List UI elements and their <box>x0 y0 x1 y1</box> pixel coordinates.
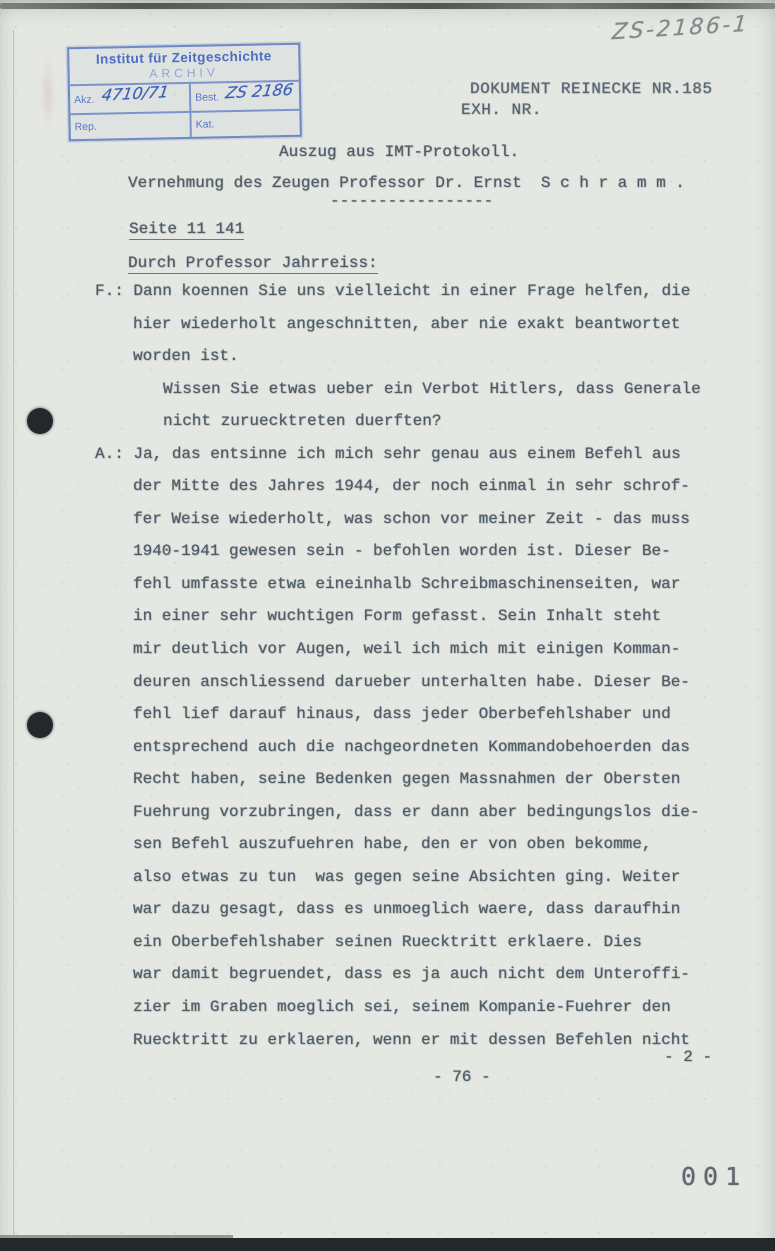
testimony-line: F.: Dann koennen Sie uns vielleicht in e… <box>95 282 701 315</box>
document-title: Auszug aus IMT-Protokoll. <box>279 143 519 161</box>
paper-crease <box>13 30 14 1235</box>
testimony-line: Fuehrung vorzubringen, dass er dann aber… <box>133 803 701 836</box>
stamp-field-best: Best. ZS 2186 <box>189 82 299 111</box>
testimony-line: war dazu gesagt, dass es unmoeglich waer… <box>133 900 701 933</box>
stamp-field-rep: Rep. <box>70 113 190 139</box>
testimony-line: fer Weise wiederholt, was schon vor mein… <box>133 510 701 543</box>
testimony-line: entsprechend auch die nachgeordneten Kom… <box>133 738 701 771</box>
stamp-row-1: Akz. 4710/71 Best. ZS 2186 <box>70 82 300 115</box>
scan-edge-bottom <box>0 1238 775 1251</box>
stamp-field-akz: Akz. 4710/71 <box>70 84 190 113</box>
document-number-line: DOKUMENT REINECKE NR.185 <box>470 80 712 98</box>
scanned-document-page: ZS-2186-1 Institut für Zeitgeschichte AR… <box>0 0 775 1251</box>
testimony-line: fehl lief darauf hinaus, dass jeder Ober… <box>133 705 701 738</box>
testimony-line: Recht haben, seine Bedenken gegen Massna… <box>133 770 701 803</box>
stamp-row-2: Rep. Kat. <box>70 111 299 139</box>
testimony-body: F.: Dann koennen Sie uns vielleicht in e… <box>95 282 701 1063</box>
stamp-field-rep-label: Rep. <box>75 121 97 133</box>
sheet-number-typed: - 2 - <box>664 1048 712 1066</box>
stamp-field-best-value: ZS 2186 <box>225 82 295 103</box>
testimony-line: also etwas zu tun was gegen seine Absich… <box>133 868 701 901</box>
stamp-field-akz-label: Akz. <box>74 94 95 106</box>
stamp-field-kat: Kat. <box>189 111 299 137</box>
testimony-line: zier im Graben moeglich sei, seinem Komp… <box>133 998 701 1031</box>
witness-line: Vernehmung des Zeugen Professor Dr. Erns… <box>128 174 685 192</box>
stamp-field-akz-value: 4710/71 <box>100 84 170 105</box>
testimony-line: nicht zuruecktreten duerften? <box>163 412 701 445</box>
testimony-line: mir deutlich vor Augen, weil ich mich mi… <box>133 640 701 673</box>
folio-stamp: 001 <box>681 1162 747 1191</box>
testimony-line: Wissen Sie etwas ueber ein Verbot Hitler… <box>163 380 701 413</box>
testimony-line: sen Befehl auszufuehren habe, den er von… <box>133 835 701 868</box>
testimony-line: fehl umfasste etwa eineinhalb Schreibmas… <box>133 575 701 608</box>
testimony-line: hier wiederholt angeschnitten, aber nie … <box>133 315 701 348</box>
page-reference-heading: Seite 11 141 <box>129 220 244 240</box>
archive-stamp-header: Institut für Zeitgeschichte ARCHIV <box>69 45 299 86</box>
testimony-line: deuren anschliessend darueber unterhalte… <box>133 673 701 706</box>
testimony-line: A.: Ja, das entsinne ich mich sehr genau… <box>95 445 701 478</box>
exhibit-number-line: EXH. NR. <box>461 101 542 119</box>
punch-hole-top <box>27 408 53 434</box>
testimony-line: worden ist. <box>133 347 701 380</box>
examiner-heading: Durch Professor Jahrreiss: <box>128 254 378 274</box>
testimony-line: war damit begruendet, dass es ja auch ni… <box>133 965 701 998</box>
stamp-field-best-label: Best. <box>195 91 219 103</box>
stamp-field-kat-label: Kat. <box>196 118 215 130</box>
testimony-line: in einer sehr wuchtigen Form gefasst. Se… <box>133 607 701 640</box>
testimony-line: ein Oberbefehlshaber seinen Ruecktritt e… <box>133 933 701 966</box>
scan-edge-top <box>0 3 775 9</box>
archive-stamp: Institut für Zeitgeschichte ARCHIV Akz. … <box>67 43 302 141</box>
page-number-typed: - 76 - <box>433 1068 491 1086</box>
handwritten-reference: ZS-2186-1 <box>611 12 750 46</box>
stamp-archiv-label: ARCHIV <box>72 64 297 82</box>
testimony-line: Ruecktritt zu erklaeren, wenn er mit des… <box>133 1031 701 1064</box>
underline-dashes: ----------------- <box>330 192 493 210</box>
testimony-line: der Mitte des Jahres 1944, der noch einm… <box>133 477 701 510</box>
testimony-line: 1940-1941 gewesen sein - befohlen worden… <box>133 542 701 575</box>
paper-stain <box>40 56 56 130</box>
punch-hole-bottom <box>27 712 53 738</box>
